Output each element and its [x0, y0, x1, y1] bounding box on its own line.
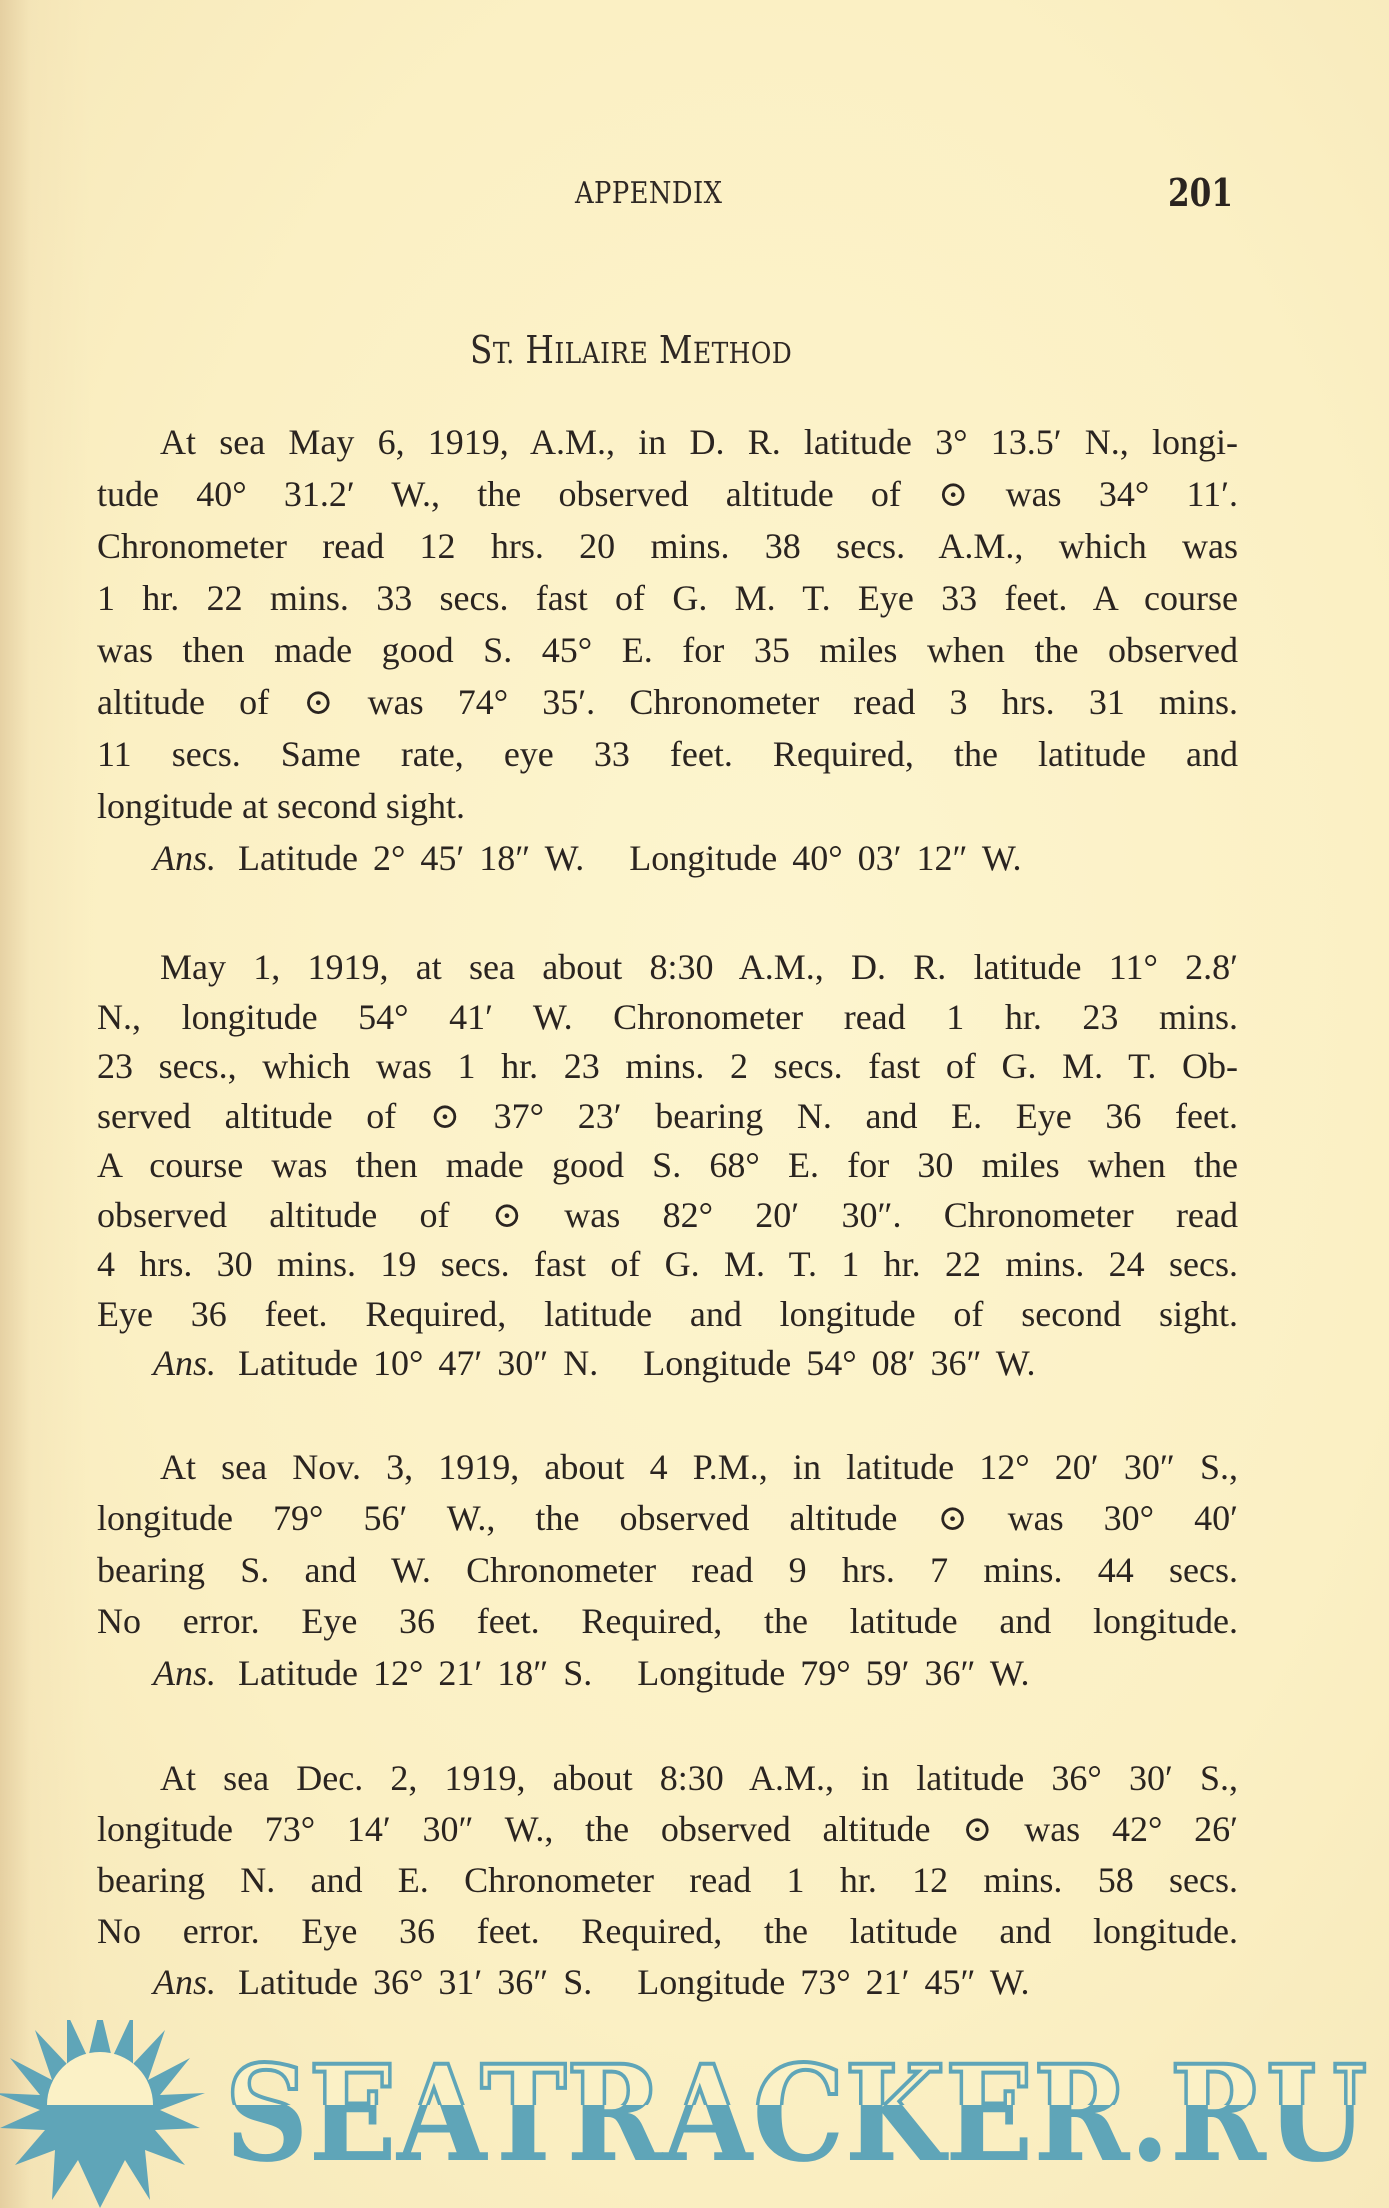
text-line: served altitude of ⊙ 37° 23′ bearing N. … [97, 1098, 1238, 1134]
text-line: tude 40° 31.2′ W., the observed altitude… [97, 476, 1238, 512]
page-number: 201 [1168, 170, 1233, 215]
sun-icon [0, 2020, 205, 2208]
text-line: N., longitude 54° 41′ W. Chronometer rea… [97, 999, 1238, 1035]
text-line: bearing N. and E. Chronometer read 1 hr.… [97, 1862, 1238, 1898]
text-line: At sea Dec. 2, 1919, about 8:30 A.M., in… [160, 1760, 1238, 1796]
running-head: APPENDIX [575, 176, 722, 211]
title-cap: H [525, 328, 554, 372]
title-rest: ETHOD [693, 336, 792, 370]
title-cap: M [659, 328, 693, 372]
text-line: 11 secs. Same rate, eye 33 feet. Require… [97, 736, 1238, 772]
text-line: No error. Eye 36 feet. Required, the lat… [97, 1603, 1238, 1639]
text-line: bearing S. and W. Chronometer read 9 hrs… [97, 1552, 1238, 1588]
section-title: ST. HILAIRE METHOD [470, 328, 792, 372]
answer-line: Ans.Latitude 2° 45′ 18″ W. Longitude 40°… [153, 840, 1022, 876]
text-line: At sea Nov. 3, 1919, about 4 P.M., in la… [160, 1449, 1238, 1485]
answer-text: Latitude 36° 31′ 36″ S. Longitude 73° 21… [238, 1962, 1030, 2002]
text-line: Eye 36 feet. Required, latitude and long… [97, 1296, 1238, 1332]
text-line: longitude 73° 14′ 30″ W., the observed a… [97, 1811, 1238, 1847]
text-line: longitude at second sight. [97, 788, 1238, 824]
text-line: A course was then made good S. 68° E. fo… [97, 1147, 1238, 1183]
text-line: was then made good S. 45° E. for 35 mile… [97, 632, 1238, 668]
watermark: SEATRACKER.RU SEATRACKER.RU [0, 2020, 1389, 2208]
answer-text: Latitude 12° 21′ 18″ S. Longitude 79° 59… [238, 1653, 1030, 1693]
text-line: longitude 79° 56′ W., the observed altit… [97, 1500, 1238, 1536]
answer-label: Ans. [153, 838, 216, 878]
text-line: At sea May 6, 1919, A.M., in D. R. latit… [160, 424, 1238, 460]
text-line: No error. Eye 36 feet. Required, the lat… [97, 1913, 1238, 1949]
text-line: 23 secs., which was 1 hr. 23 mins. 2 sec… [97, 1048, 1238, 1084]
text-line: 1 hr. 22 mins. 33 secs. fast of G. M. T.… [97, 580, 1238, 616]
title-cap: S [470, 328, 493, 372]
answer-text: Latitude 2° 45′ 18″ W. Longitude 40° 03′… [238, 838, 1022, 878]
watermark-graphic: SEATRACKER.RU SEATRACKER.RU [0, 2020, 1389, 2208]
text-line: 4 hrs. 30 mins. 19 secs. fast of G. M. T… [97, 1246, 1238, 1282]
text-line: Chronometer read 12 hrs. 20 mins. 38 sec… [97, 528, 1238, 564]
text-line: observed altitude of ⊙ was 82° 20′ 30″. … [97, 1197, 1238, 1233]
text-line: altitude of ⊙ was 74° 35′. Chronometer r… [97, 684, 1238, 720]
answer-label: Ans. [153, 1962, 216, 2002]
answer-label: Ans. [153, 1653, 216, 1693]
answer-line: Ans.Latitude 12° 21′ 18″ S. Longitude 79… [153, 1655, 1030, 1691]
title-rest: ILAIRE [554, 336, 648, 370]
answer-line: Ans.Latitude 36° 31′ 36″ S. Longitude 73… [153, 1964, 1030, 2000]
title-rest: T. [493, 336, 515, 370]
answer-text: Latitude 10° 47′ 30″ N. Longitude 54° 08… [238, 1343, 1035, 1383]
text-line: May 1, 1919, at sea about 8:30 A.M., D. … [160, 949, 1238, 985]
answer-label: Ans. [153, 1343, 216, 1383]
watermark-text: SEATRACKER.RU SEATRACKER.RU [225, 2037, 1367, 2192]
answer-line: Ans.Latitude 10° 47′ 30″ N. Longitude 54… [153, 1345, 1035, 1381]
